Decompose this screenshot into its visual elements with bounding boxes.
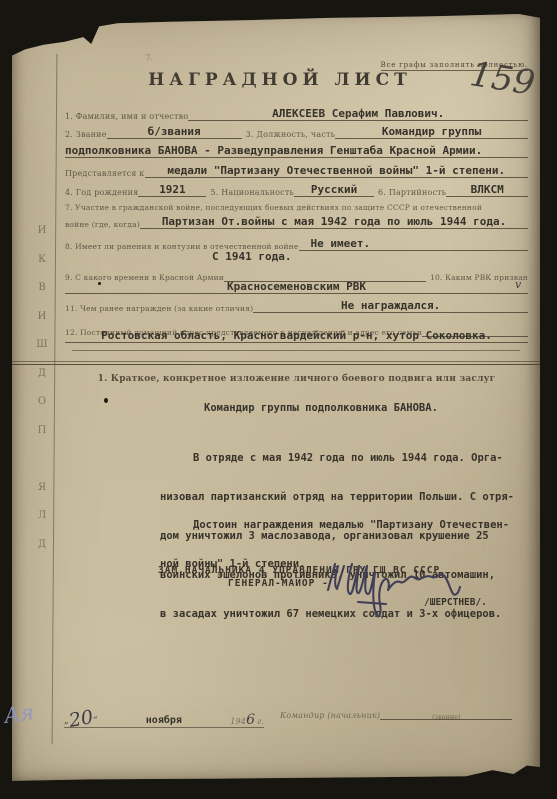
field-prior-awards-value: Не награждался. [253,299,528,313]
date-year-printed: 194 [230,717,246,726]
field-home-address-value-row: Ростовская область, Красногвардейский р-… [65,329,528,343]
field-position-value-line2: подполковника БАНОВА - Разведуправления … [65,144,528,158]
presented-for-value: медали "Партизану Отечественной войны" 1… [145,164,529,178]
date-year-digit-handwritten: 6 [246,714,255,726]
field-name: 1. Фамилия, имя и отчество АЛЕКСЕЕВ Сера… [65,107,528,121]
document-title: НАГРАДНОЙ ЛИСТ [146,70,414,90]
field-war-participation-value: Партизан От.войны с мая 1942 года по июл… [140,215,528,229]
commander-line: Командир (начальник) [280,700,512,720]
field-rvk: Красносеменовским РВК [65,280,528,294]
field-rank-label: 2. Звание [65,130,107,139]
signature-scribble [318,548,478,626]
blank-rule [72,350,520,351]
field-prior-awards-label: 11. Чем ранее награжден (за какие отличи… [65,304,253,313]
field-war-participation: войне (где, когда) Партизан От.войны с м… [65,215,528,229]
scanned-award-document-photo: { "page": { "fill_note": "Все графы запо… [0,0,557,799]
field-position-cont: подполковника БАНОВА - Разведуправления … [65,144,528,158]
date-day-handwritten: 20 [68,710,94,728]
field-army-since-line [224,262,426,282]
pencil-margin-mark: Ая [2,700,35,728]
presented-for-label: Представляется к [65,169,145,178]
field-rank-position: 2. Звание б/звания 3. Должность, часть К… [65,125,528,139]
paper-speck [104,398,108,403]
signer-surname: /ШЕРСТНЕВ/. [424,597,487,608]
document-paper: ИКВИШДОП ЯЛД 7. Все графы заполнять полн… [12,14,540,784]
field-party-label: 6. Партийность [374,188,446,197]
citation-body-line: В отряде с мая 1942 года по июль 1944 го… [160,452,514,465]
date-month: ноября [146,715,182,726]
citation-heading: 1. Краткое, конкретное изложение личного… [65,374,528,384]
filing-vertical-text: ИКВИШДОП ЯЛД [34,226,50,550]
citation-conclusion-line: Достоин награждения медалью "Партизану О… [160,519,509,532]
corner-mark: 7. [146,54,153,62]
date-era: г. [255,717,264,726]
field-army-since: 9. С какого времени в Красной Армии 10. … [65,262,528,282]
field-position-value-line1: Командир группы [335,125,528,139]
field-prior-awards: 11. Чем ранее награжден (за какие отличи… [65,299,528,313]
field-birthyear-label: 4. Год рождения [65,188,138,197]
field-party-value: ВЛКСМ [446,183,528,197]
margin-rule [52,54,58,744]
field-wounds-value: Не имеет. [299,237,529,251]
field-nationality-label: 5. Национальность [206,188,294,197]
rank-hint: (звание) [432,713,461,721]
commander-label: Командир (начальник) [280,711,380,720]
field-name-label: 1. Фамилия, имя и отчество [65,112,188,121]
field-name-value: АЛЕКСЕЕВ Серафим Павлович. [188,107,528,121]
field-position-label: 3. Должность, часть [242,130,336,139]
signer-post-line2: ГЕНЕРАЛ-МАЙОР - [228,578,329,589]
field-nationality-value: Русский [294,183,374,197]
section-divider [12,361,540,365]
field-home-address-value: Ростовская область, Красногвардейский р-… [65,329,528,343]
date-line: „ 20 “ ноября 194 6 г. [64,712,264,728]
field-birthyear-value: 1921 [138,183,206,197]
field-presented-for: Представляется к медали "Партизану Отече… [65,164,528,178]
field-war-participation-label: 7. Участие в гражданской войне, последую… [65,203,528,212]
margin-checkmark: v [515,278,521,291]
field-rank-value: б/звания [107,125,242,139]
field-year-nationality-party: 4. Год рождения 1921 5. Национальность Р… [65,183,528,197]
field-rvk-value: Красносеменовским РВК [65,280,528,294]
citation-subject-line: Командир группы подполковника БАНОВА. [204,402,438,414]
field-wounds: 8. Имеет ли ранения и контузии в отечест… [65,237,528,251]
page-number-handwritten: 159 [468,57,537,101]
field-war-participation-label2: войне (где, когда) [65,220,140,229]
